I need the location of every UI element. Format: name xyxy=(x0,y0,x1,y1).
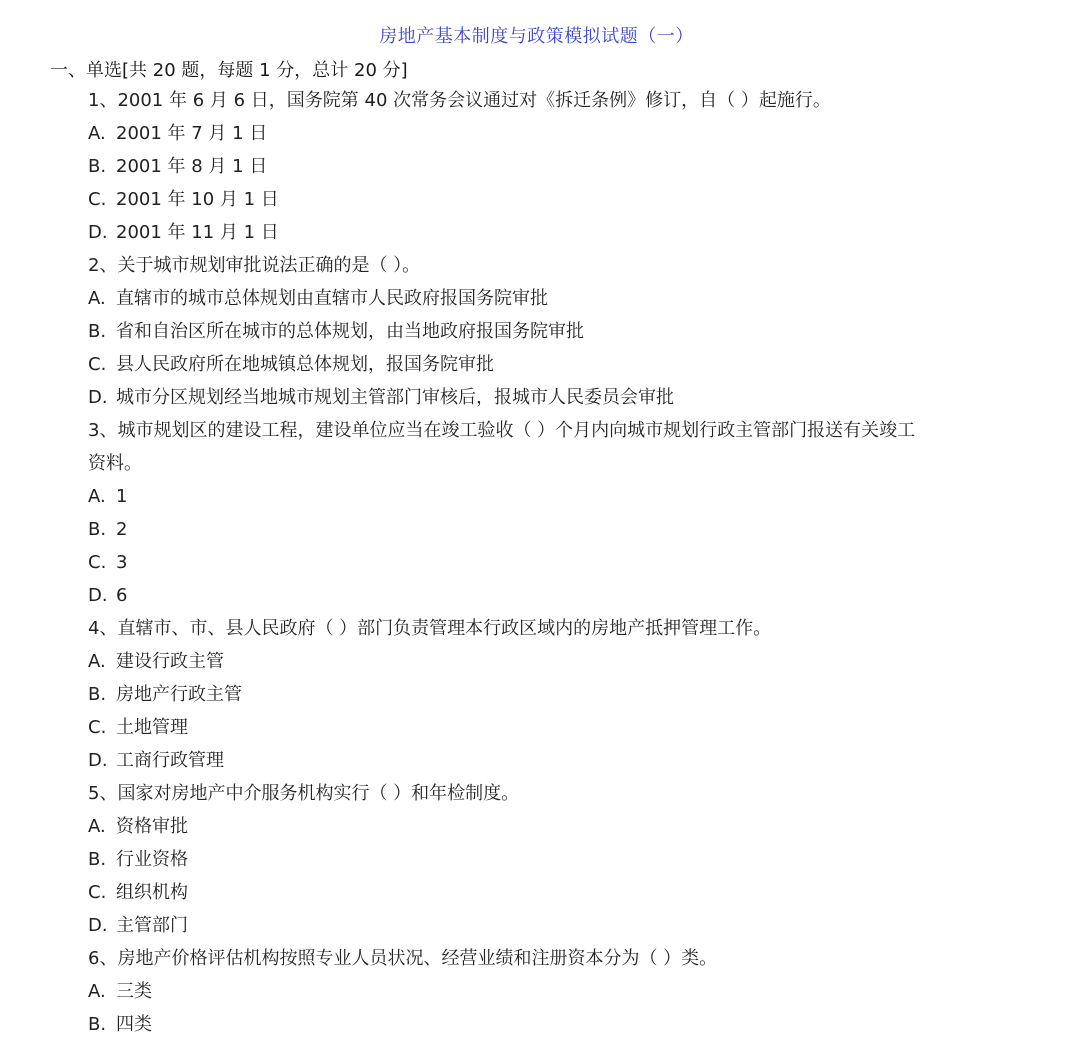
option: C.土地管理 xyxy=(88,717,188,739)
option-text: 四类 xyxy=(116,1014,152,1035)
option: C.3 xyxy=(88,552,127,574)
option-text: 省和自治区所在城市的总体规划，由当地政府报国务院审批 xyxy=(116,321,584,342)
option-key: B. xyxy=(88,321,116,343)
option: B.2001 年 8 月 1 日 xyxy=(88,156,267,178)
option-key: A. xyxy=(88,651,116,673)
question-stem: 3、城市规划区的建设工程，建设单位应当在竣工验收（ ）个月内向城市规划行政主管部… xyxy=(88,420,915,442)
question-stem: 4、直辖市、市、县人民政府（ ）部门负责管理本行政区域内的房地产抵押管理工作。 xyxy=(88,618,771,640)
option-text: 工商行政管理 xyxy=(116,750,224,771)
option-text: 2001 年 8 月 1 日 xyxy=(116,156,267,177)
option-key: B. xyxy=(88,1014,116,1036)
option: C.2001 年 10 月 1 日 xyxy=(88,189,279,211)
option: B.四类 xyxy=(88,1014,152,1036)
option-text: 2001 年 7 月 1 日 xyxy=(116,123,267,144)
option: B.行业资格 xyxy=(88,849,188,871)
option-text: 3 xyxy=(116,552,127,573)
question-stem: 6、房地产价格评估机构按照专业人员状况、经营业绩和注册资本分为（ ）类。 xyxy=(88,948,717,970)
question-stem: 5、国家对房地产中介服务机构实行（ ）和年检制度。 xyxy=(88,783,519,805)
option-text: 6 xyxy=(116,585,127,606)
option-key: C. xyxy=(88,882,116,904)
section-header: 一、单选[共 20 题，每题 1 分，总计 20 分] xyxy=(50,56,408,82)
option-text: 县人民政府所在地城镇总体规划，报国务院审批 xyxy=(116,354,494,375)
option-text: 直辖市的城市总体规划由直辖市人民政府报国务院审批 xyxy=(116,288,548,309)
option-text: 城市分区规划经当地城市规划主管部门审核后，报城市人民委员会审批 xyxy=(116,387,674,408)
option-key: A. xyxy=(88,123,116,145)
option-key: C. xyxy=(88,189,116,211)
option-key: B. xyxy=(88,156,116,178)
option: C.组织机构 xyxy=(88,882,188,904)
option-text: 行业资格 xyxy=(116,849,188,870)
option-key: D. xyxy=(88,585,116,607)
option: D.2001 年 11 月 1 日 xyxy=(88,222,279,244)
option-text: 组织机构 xyxy=(116,882,188,903)
option: A.资格审批 xyxy=(88,816,188,838)
option-text: 2 xyxy=(116,519,127,540)
option: D.工商行政管理 xyxy=(88,750,224,772)
option-text: 资格审批 xyxy=(116,816,188,837)
option-key: D. xyxy=(88,915,116,937)
option-key: C. xyxy=(88,717,116,739)
option-key: A. xyxy=(88,486,116,508)
option-text: 建设行政主管 xyxy=(116,651,224,672)
option-text: 主管部门 xyxy=(116,915,188,936)
option-key: D. xyxy=(88,222,116,244)
option-key: B. xyxy=(88,519,116,541)
option-text: 房地产行政主管 xyxy=(116,684,242,705)
option-text: 土地管理 xyxy=(116,717,188,738)
option-key: C. xyxy=(88,354,116,376)
option: B.房地产行政主管 xyxy=(88,684,242,706)
option: A.直辖市的城市总体规划由直辖市人民政府报国务院审批 xyxy=(88,288,548,310)
question-stem: 1、2001 年 6 月 6 日，国务院第 40 次常务会议通过对《拆迁条例》修… xyxy=(88,90,831,112)
option: D.城市分区规划经当地城市规划主管部门审核后，报城市人民委员会审批 xyxy=(88,387,674,409)
option-key: A. xyxy=(88,816,116,838)
option-key: A. xyxy=(88,981,116,1003)
option-key: D. xyxy=(88,387,116,409)
option: A.建设行政主管 xyxy=(88,651,224,673)
document-title: 房地产基本制度与政策模拟试题（一） xyxy=(0,22,1073,48)
option-key: B. xyxy=(88,684,116,706)
option-key: D. xyxy=(88,750,116,772)
option-text: 2001 年 11 月 1 日 xyxy=(116,222,279,243)
option: A.2001 年 7 月 1 日 xyxy=(88,123,267,145)
question-stem-continuation: 资料。 xyxy=(88,453,142,475)
option-key: C. xyxy=(88,552,116,574)
option: B.省和自治区所在城市的总体规划，由当地政府报国务院审批 xyxy=(88,321,584,343)
option: A.1 xyxy=(88,486,127,508)
option-text: 三类 xyxy=(116,981,152,1002)
option: B.2 xyxy=(88,519,127,541)
option: A.三类 xyxy=(88,981,152,1003)
question-stem: 2、关于城市规划审批说法正确的是（ ）。 xyxy=(88,255,420,277)
option: C.县人民政府所在地城镇总体规划，报国务院审批 xyxy=(88,354,494,376)
option-key: B. xyxy=(88,849,116,871)
option: D.6 xyxy=(88,585,127,607)
option-text: 1 xyxy=(116,486,127,507)
option-key: A. xyxy=(88,288,116,310)
option-text: 2001 年 10 月 1 日 xyxy=(116,189,279,210)
option: D.主管部门 xyxy=(88,915,188,937)
